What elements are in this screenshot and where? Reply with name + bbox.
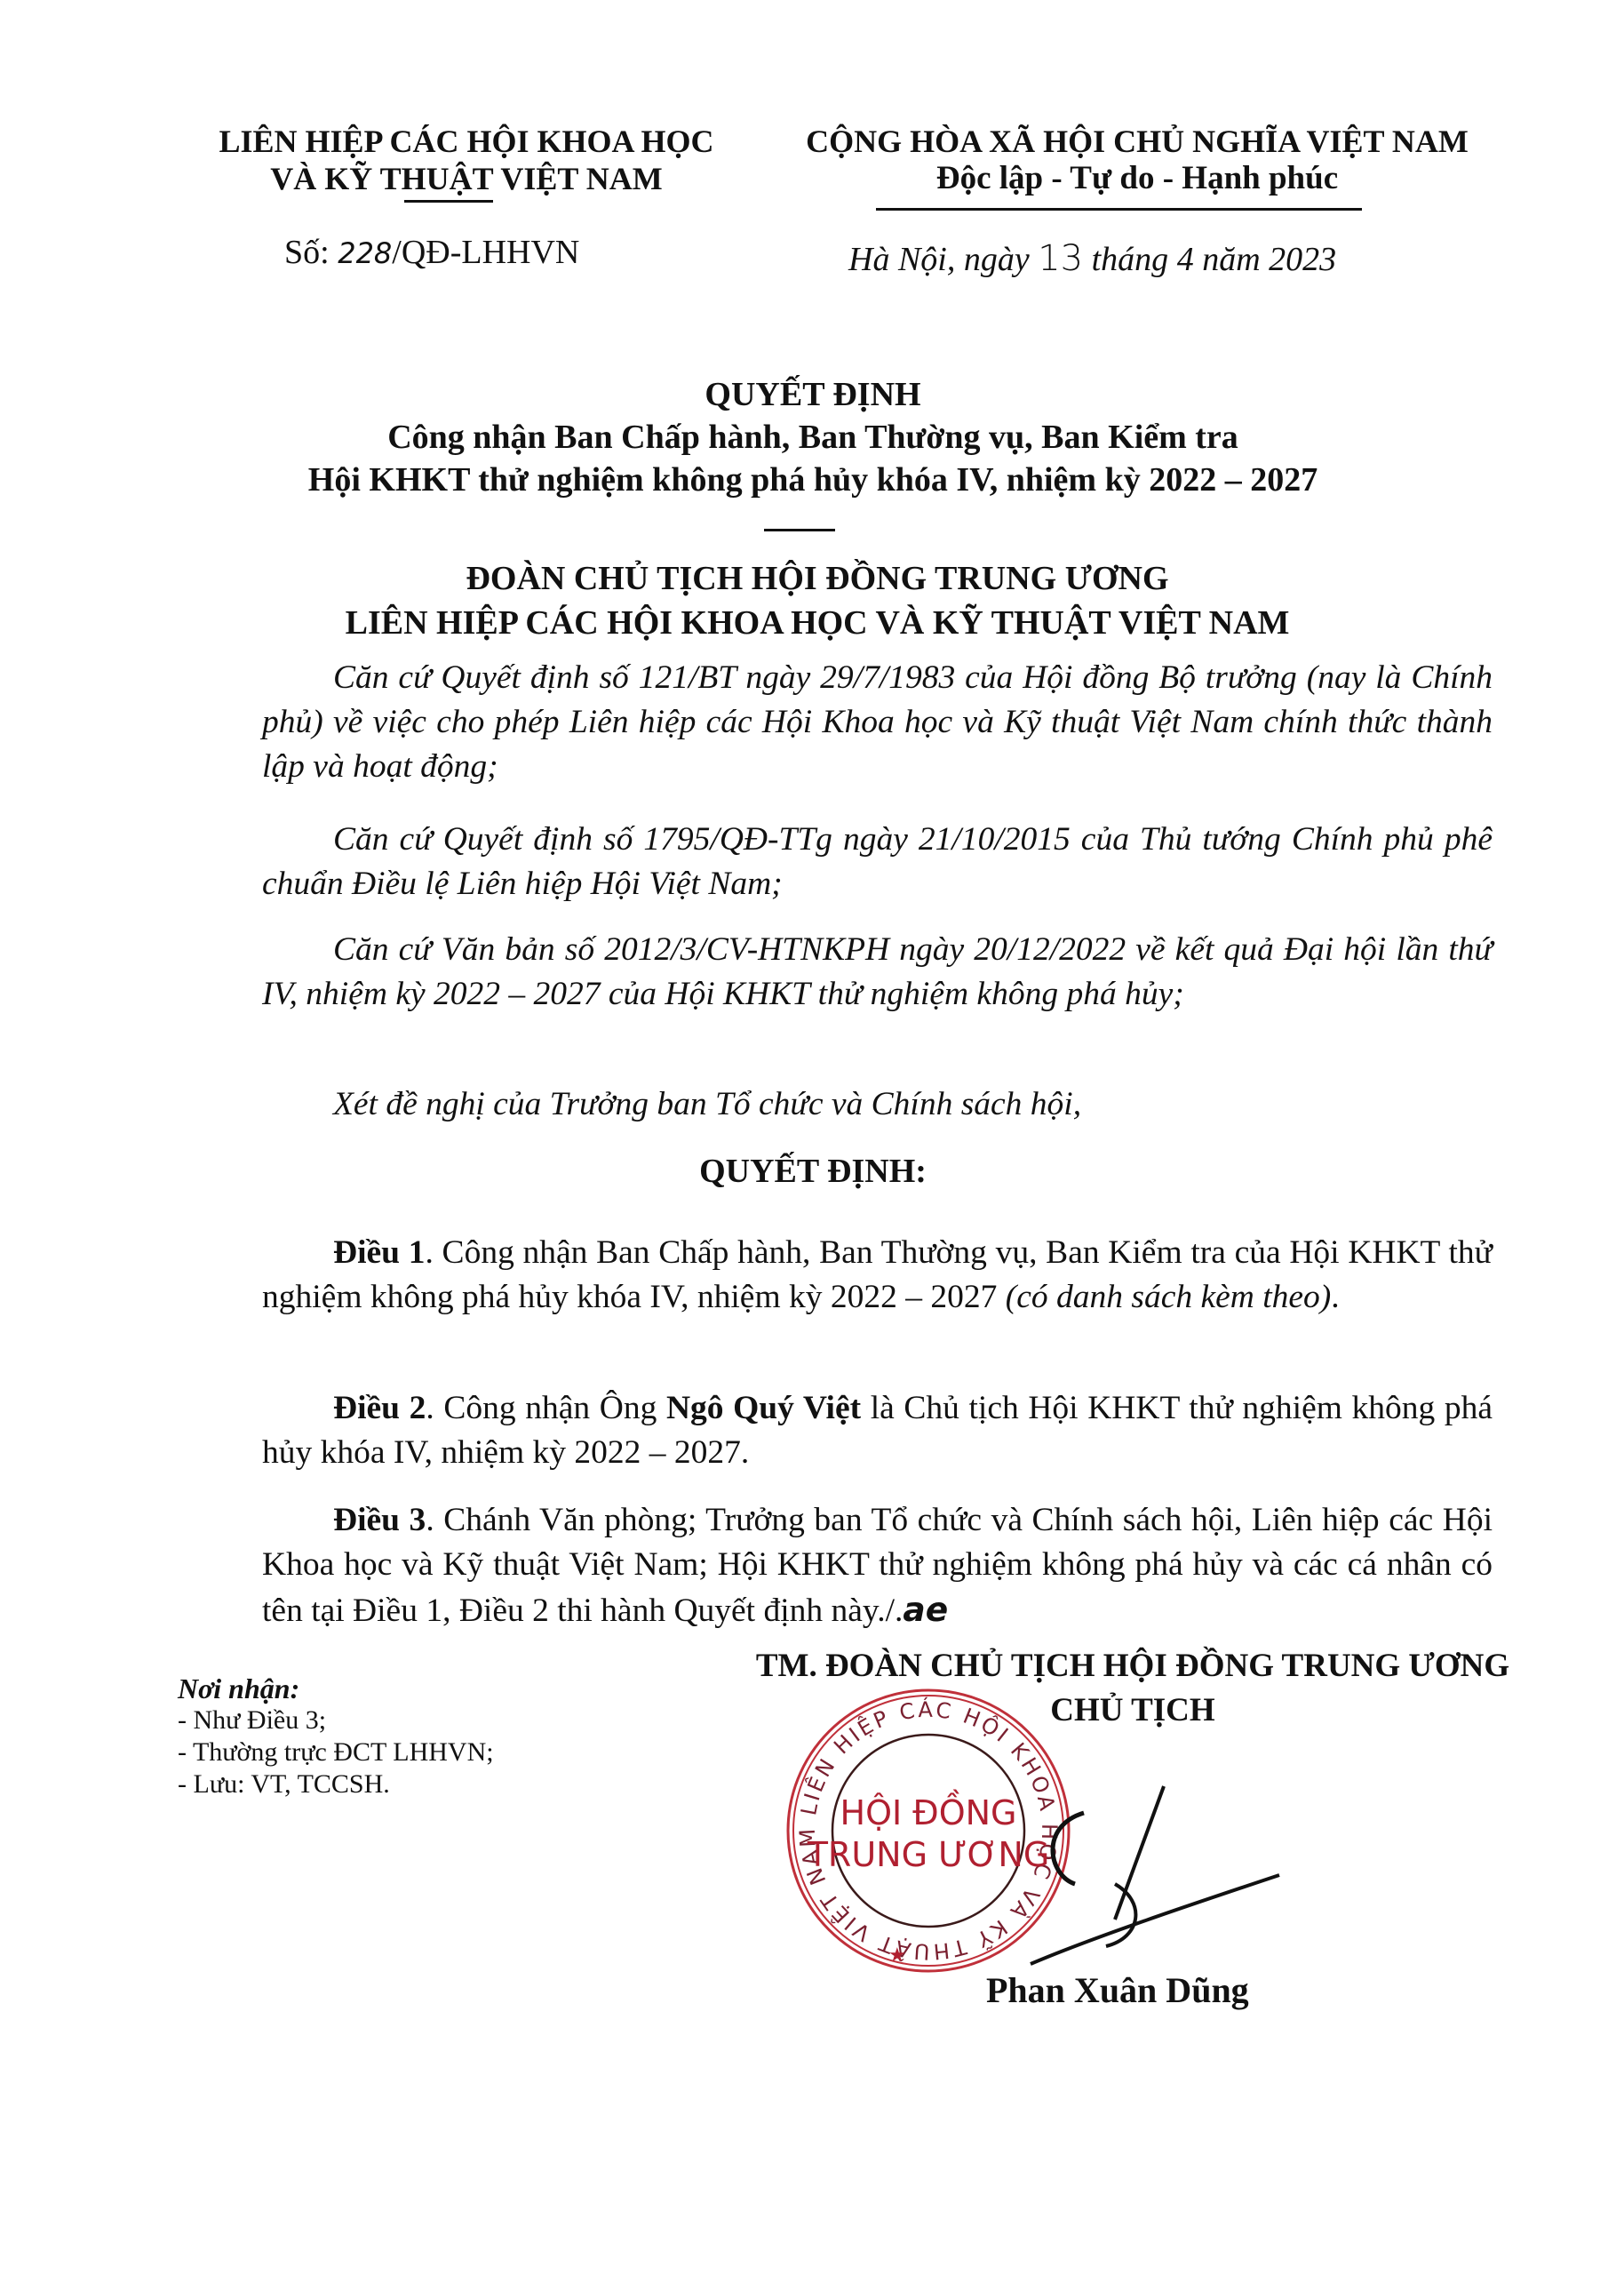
issuing-authority: ĐOÀN CHỦ TỊCH HỘI ĐỒNG TRUNG ƯƠNG LIÊN H… (195, 556, 1439, 645)
org-name-line1: LIÊN HIỆP CÁC HỘI KHOA HỌC (178, 123, 755, 160)
preamble-3: Căn cứ Văn bản số 2012/3/CV-HTNKPH ngày … (262, 928, 1493, 1017)
national-header: CỘNG HÒA XÃ HỘI CHỦ NGHĨA VIỆT NAM Độc l… (773, 123, 1501, 197)
initials-mark: ae (903, 1590, 948, 1629)
signer-name: Phan Xuân Dũng (986, 1969, 1249, 2011)
recipients: Nơi nhận: - Như Điều 3; - Thường trực ĐC… (178, 1672, 494, 1800)
article-2: Điều 2. Công nhận Ông Ngô Quý Việt là Ch… (262, 1386, 1493, 1475)
document-number: Số: 228/QĐ-LHHVN (284, 233, 579, 272)
document-title: QUYẾT ĐỊNH Công nhận Ban Chấp hành, Ban … (178, 373, 1448, 501)
preamble-2: Căn cứ Quyết định số 1795/QĐ-TTg ngày 21… (262, 818, 1493, 906)
recipients-heading: Nơi nhận: (178, 1672, 494, 1704)
article-2-label: Điều 2 (333, 1390, 426, 1426)
recipient-item: - Thường trực ĐCT LHHVN; (178, 1736, 494, 1768)
handwritten-number: 228 (338, 236, 392, 270)
article-3: Điều 3. Chánh Văn phòng; Trưởng ban Tổ c… (262, 1498, 1493, 1633)
seal-star-icon: ★ (888, 1944, 906, 1966)
title-underline (764, 529, 835, 531)
article-1-label: Điều 1 (333, 1234, 425, 1271)
recipient-item: - Như Điều 3; (178, 1704, 494, 1736)
org-name-line2: VÀ KỸ THUẬT VIỆT NAM (178, 160, 755, 197)
document-date: Hà Nội, ngày 13 tháng 4 năm 2023 (848, 238, 1336, 279)
on-behalf-line: TM. ĐOÀN CHỦ TỊCH HỘI ĐỒNG TRUNG ƯƠNG (693, 1644, 1572, 1688)
article-1: Điều 1. Công nhận Ban Chấp hành, Ban Thư… (262, 1231, 1493, 1320)
issuing-organization: LIÊN HIỆP CÁC HỘI KHOA HỌC VÀ KỸ THUẬT V… (178, 123, 755, 197)
org-underline (404, 200, 493, 203)
nation-name: CỘNG HÒA XÃ HỘI CHỦ NGHĨA VIỆT NAM (773, 123, 1501, 160)
article-3-label: Điều 3 (333, 1502, 426, 1538)
decision-heading: QUYẾT ĐỊNH: (178, 1152, 1448, 1191)
handwritten-signature (933, 1742, 1288, 1973)
title-subtitle-line2: Hội KHKT thử nghiệm không phá hủy khóa I… (178, 459, 1448, 501)
preamble-4: Xét đề nghị của Trưởng ban Tổ chức và Ch… (262, 1082, 1493, 1127)
recipient-item: - Lưu: VT, TCCSH. (178, 1768, 494, 1800)
title-subtitle-line1: Công nhận Ban Chấp hành, Ban Thường vụ, … (178, 416, 1448, 459)
chairman-name: Ngô Quý Việt (666, 1390, 861, 1426)
preamble-1: Căn cứ Quyết định số 121/BT ngày 29/7/19… (262, 656, 1493, 789)
motto-underline (876, 208, 1362, 211)
national-motto: Độc lập - Tự do - Hạnh phúc (773, 160, 1501, 197)
handwritten-day: 13 (1038, 238, 1083, 279)
title-heading: QUYẾT ĐỊNH (178, 373, 1448, 416)
